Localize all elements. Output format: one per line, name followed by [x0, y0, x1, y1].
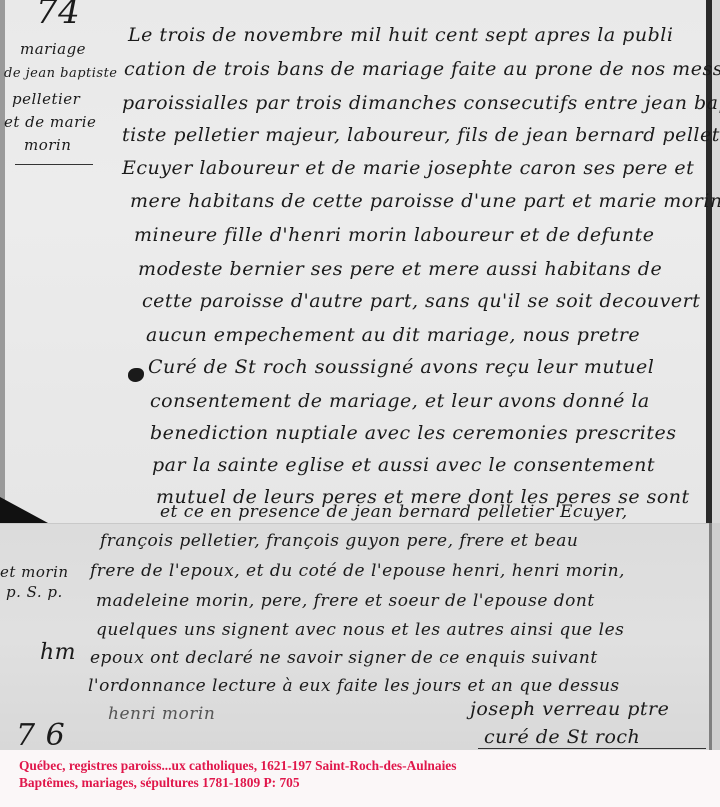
witness-signature: henri morin — [108, 704, 215, 724]
entry-text-line: Curé de St roch soussigné avons reçu leu… — [148, 356, 654, 378]
margin-note-underline — [15, 164, 93, 165]
entry-number: 74 — [36, 0, 80, 32]
entry-text-line: aucun empechement au dit mariage, nous p… — [146, 324, 640, 346]
entry-text-line: mere habitans de cette paroisse d'une pa… — [130, 190, 720, 212]
scan-corner-shadow — [0, 497, 48, 523]
margin-note-line: mariage — [20, 40, 86, 58]
caption-line-1: Québec, registres paroiss...ux catholiqu… — [19, 757, 456, 774]
entry-text-line: cette paroisse d'autre part, sans qu'il … — [142, 290, 700, 312]
entry-text-line: cation de trois bans de mariage faite au… — [124, 58, 720, 80]
entry-text-line: epoux ont declaré ne savoir signer de ce… — [90, 648, 598, 668]
entry-text-line: tiste pelletier majeur, laboureur, fils … — [122, 124, 720, 146]
priest-title: curé de St roch — [484, 726, 640, 748]
entry-text-line: Ecuyer laboureur et de marie josephte ca… — [122, 157, 694, 179]
entry-text-line: Le trois de novembre mil huit cent sept … — [128, 24, 673, 46]
margin-note-line: et morin — [0, 563, 69, 581]
entry-text-line: par la sainte eglise et aussi avec le co… — [152, 454, 655, 476]
entry-text-line: françois pelletier, françois guyon pere,… — [100, 531, 578, 551]
caption-line-2: Baptêmes, mariages, sépultures 1781-1809… — [19, 774, 456, 791]
document-scan: 74 mariage de jean baptiste pelletier et… — [0, 0, 720, 750]
bottom-left-marks: 7 6 — [16, 718, 65, 750]
source-caption: Québec, registres paroiss...ux catholiqu… — [19, 757, 456, 791]
entry-text-line: modeste bernier ses pere et mere aussi h… — [138, 258, 662, 280]
entry-text-line: benediction nuptiale avec les ceremonies… — [150, 422, 677, 444]
signature-underline — [478, 748, 706, 749]
margin-note-line: p. S. p. — [6, 583, 63, 601]
entry-text-line: paroissialles par trois dimanches consec… — [122, 92, 720, 114]
entry-text-line: mineure fille d'henri morin laboureur et… — [134, 224, 655, 246]
entry-text-line: madeleine morin, pere, frere et soeur de… — [96, 591, 595, 611]
page-margin-strip-lower — [712, 523, 720, 750]
margin-note-line: et de marie — [4, 113, 96, 131]
entry-text-line: et ce en presence de jean bernard pellet… — [160, 502, 628, 522]
entry-text-line: quelques uns signent avec nous et les au… — [96, 620, 624, 640]
initials-mark: hm — [40, 640, 76, 665]
entry-text-line: consentement de mariage, et leur avons d… — [150, 390, 650, 412]
priest-signature: joseph verreau ptre — [470, 698, 669, 720]
entry-text-line: l'ordonnance lecture à eux faite les jou… — [88, 676, 620, 696]
margin-note-line: de jean baptiste — [4, 66, 118, 81]
margin-note-line: morin — [24, 136, 71, 154]
margin-note-line: pelletier — [12, 90, 80, 108]
entry-text-line: frere de l'epoux, et du coté de l'epouse… — [90, 561, 625, 581]
